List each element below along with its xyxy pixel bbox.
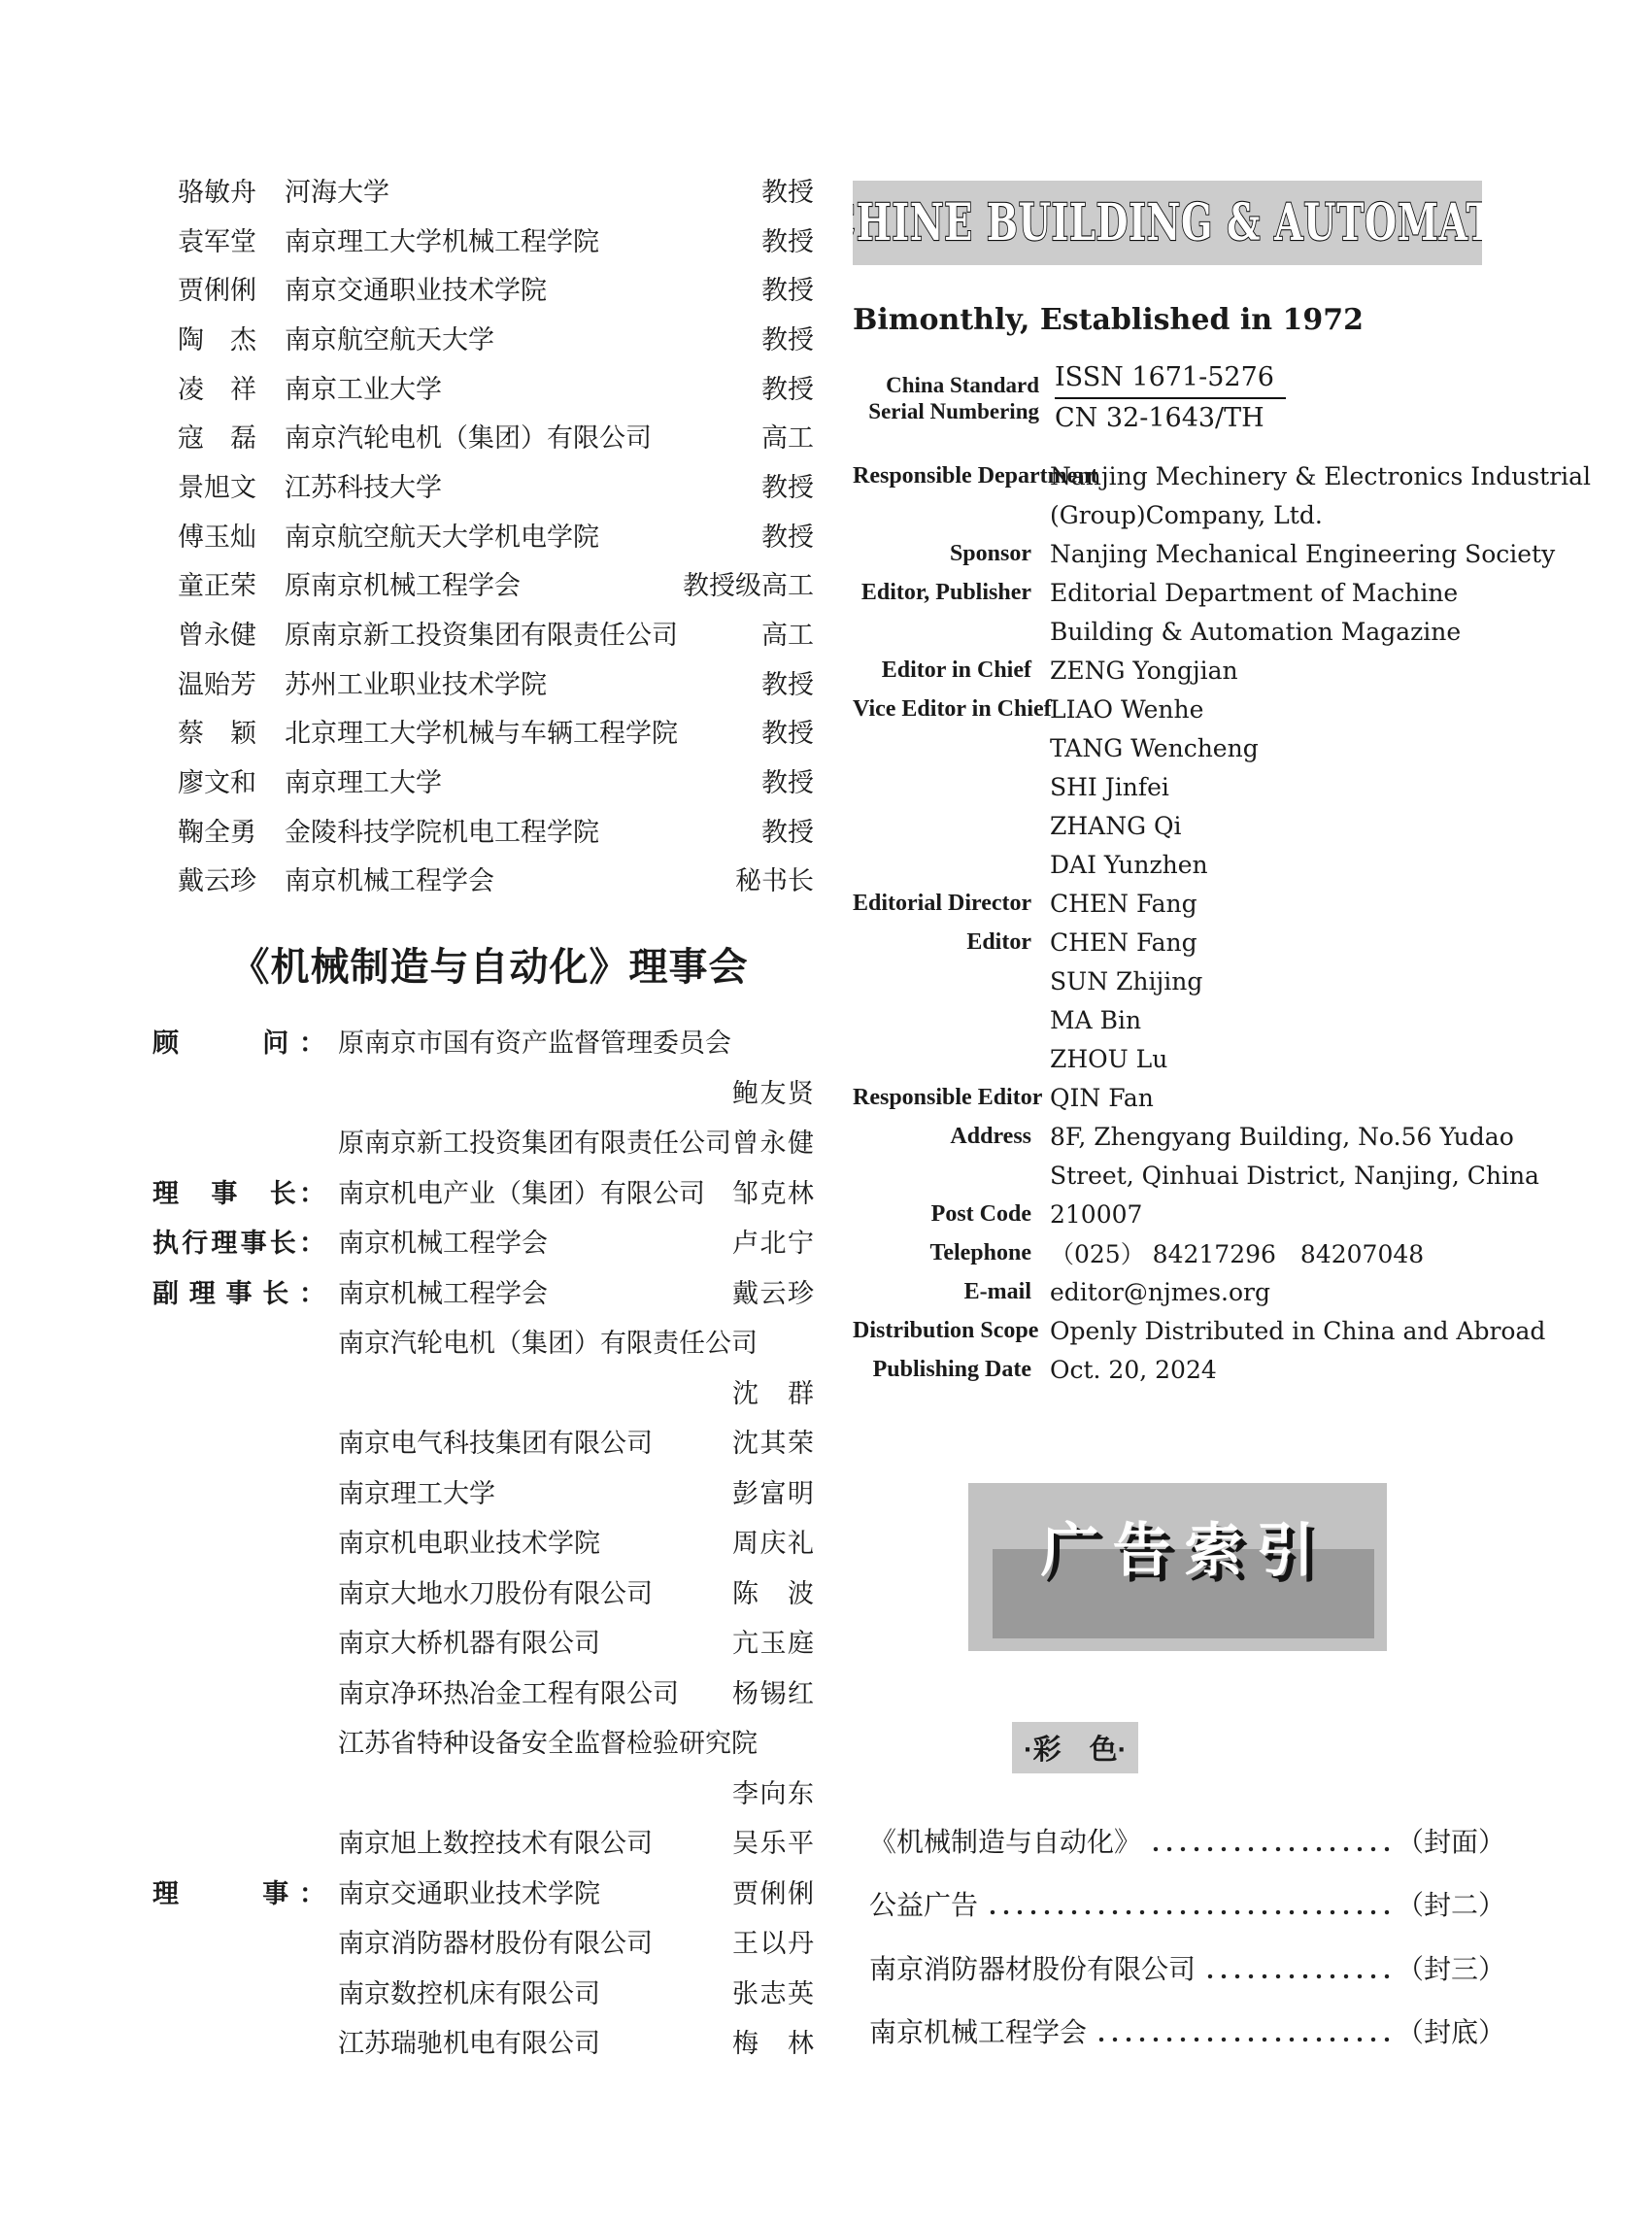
serial-label-line2: Serial Numbering <box>868 399 1039 423</box>
member-title: 教授级高工 <box>683 564 814 602</box>
info-label: Vice Editor in Chief <box>853 696 1031 723</box>
ad-index-item: 公益广告 （封二） <box>869 1872 1505 1937</box>
info-line: Editor in Chief ZENG Yongjian <box>853 651 1482 690</box>
info-line: MA Bin <box>853 1000 1482 1039</box>
council-row: 江苏省特种设备安全监督检验研究院 <box>152 1716 814 1767</box>
ad-item-title: 《机械制造与自动化》 <box>869 1821 1141 1860</box>
info-label: Telephone <box>853 1240 1031 1266</box>
council-row: 副理事长： 南京机械工程学会 戴云珍 <box>152 1266 814 1317</box>
journal-title-text: MACHINE BUILDING & AUTOMATION <box>853 193 1482 253</box>
council-row: 沈 群 <box>152 1366 814 1417</box>
magazine-masthead-page: 骆敏舟 河海大学 教授 袁军堂 南京理工大学机械工程学院 教授 贾俐俐 南京交通… <box>0 0 1652 2226</box>
info-value: CHEN Fang <box>1050 890 1197 918</box>
info-value: TANG Wencheng <box>1050 734 1259 762</box>
ad-index-item: 《机械制造与自动化》 （封面） <box>869 1808 1505 1872</box>
member-name: 温贻芳 <box>178 663 285 701</box>
council-row: 南京数控机床有限公司 张志英 <box>152 1967 814 2017</box>
council-row: 江苏瑞驰机电有限公司 梅 林 <box>152 2016 814 2067</box>
info-line: Street, Qinhuai District, Nanjing, China <box>853 1156 1482 1195</box>
council-org: 南京汽轮电机（集团）有限责任公司 <box>338 1322 758 1360</box>
info-value: LIAO Wenhe <box>1050 695 1203 724</box>
member-org: 南京航空航天大学机电学院 <box>285 516 761 554</box>
issn-value: ISSN 1671-5276 <box>1055 363 1286 399</box>
info-label: Editor in Chief <box>853 658 1031 684</box>
council-member-name: 王以丹 <box>732 1922 814 1960</box>
journal-subtitle: Bimonthly, Established in 1972 <box>853 303 1358 337</box>
council-role-label: 副理事长： <box>152 1272 325 1310</box>
council-member-name: 李向东 <box>732 1772 814 1810</box>
member-title: 教授 <box>761 368 814 406</box>
council-org: 南京大桥机器有限公司 <box>338 1622 732 1660</box>
info-value: （025） 84217296 84207048 <box>1050 1235 1424 1270</box>
board-member-row: 曾永健 原南京新工投资集团有限责任公司 高工 <box>178 608 814 658</box>
ad-index-item: 南京消防器材股份有限公司 （封三） <box>869 1936 1505 2000</box>
member-name: 贾俐俐 <box>178 269 285 307</box>
info-label: Editor, Publisher <box>853 580 1031 606</box>
info-line: ZHOU Lu <box>853 1039 1482 1078</box>
member-title: 教授 <box>761 712 814 750</box>
member-title: 教授 <box>761 811 814 849</box>
board-member-row: 景旭文 江苏科技大学 教授 <box>178 460 814 510</box>
council-member-name: 邹克林 <box>732 1172 814 1210</box>
council-role-label: 顾 问： <box>152 1022 325 1060</box>
council-org: 南京机电产业（集团）有限公司 <box>338 1172 732 1210</box>
info-line: Publishing Date Oct. 20, 2024 <box>853 1350 1482 1389</box>
council-org: 南京净环热冶金工程有限公司 <box>338 1672 732 1710</box>
member-name: 陶 杰 <box>178 319 285 356</box>
member-org: 南京航空航天大学 <box>285 319 761 356</box>
council-row: 李向东 <box>152 1767 814 1817</box>
color-section-badge: ·彩 色· <box>1012 1722 1138 1773</box>
info-line: Editorial Director CHEN Fang <box>853 884 1482 923</box>
member-name: 傅玉灿 <box>178 516 285 554</box>
ad-item-page: （封底） <box>1397 2011 1505 2050</box>
member-org: 原南京机械工程学会 <box>285 564 683 602</box>
info-value: QIN Fan <box>1050 1084 1154 1112</box>
board-member-row: 傅玉灿 南京航空航天大学机电学院 教授 <box>178 510 814 559</box>
member-org: 南京理工大学机械工程学院 <box>285 220 761 258</box>
council-member-name: 张志英 <box>732 1973 814 2010</box>
info-line: DAI Yunzhen <box>853 845 1482 884</box>
info-label: Distribution Scope <box>853 1318 1031 1344</box>
council-org: 南京机电职业技术学院 <box>338 1522 732 1560</box>
info-value: ZHOU Lu <box>1050 1045 1167 1073</box>
cn-value: CN 32-1643/TH <box>1055 399 1286 433</box>
info-label: Responsible Editor <box>853 1085 1031 1111</box>
member-title: 教授 <box>761 761 814 799</box>
council-row: 南京机电职业技术学院 周庆礼 <box>152 1516 814 1567</box>
member-title: 高工 <box>761 417 814 455</box>
member-title: 教授 <box>761 319 814 356</box>
council-org: 南京大地水刀股份有限公司 <box>338 1572 732 1610</box>
board-member-row: 鞠全勇 金陵科技学院机电工程学院 教授 <box>178 805 814 855</box>
info-value: MA Bin <box>1050 1006 1141 1034</box>
dot-leader <box>984 1909 1391 1915</box>
council-org: 原南京新工投资集团有限责任公司 <box>338 1122 732 1160</box>
journal-title-banner: MACHINE BUILDING & AUTOMATION <box>853 181 1482 265</box>
council-member-name: 沈 群 <box>732 1372 814 1410</box>
council-row: 理 事： 南京交通职业技术学院 贾俐俐 <box>152 1867 814 1917</box>
council-row: 南京理工大学 彭富明 <box>152 1467 814 1517</box>
ad-item-page: （封三） <box>1397 1948 1505 1987</box>
council-row: 原南京新工投资集团有限责任公司 曾永健 <box>152 1116 814 1166</box>
ad-index-item: 南京机械工程学会 （封底） <box>869 2000 1505 2064</box>
member-org: 南京理工大学 <box>285 761 761 799</box>
editorial-board-list: 骆敏舟 河海大学 教授 袁军堂 南京理工大学机械工程学院 教授 贾俐俐 南京交通… <box>178 165 814 903</box>
ad-index-box: 广告索引 <box>968 1483 1387 1651</box>
info-value: Openly Distributed in China and Abroad <box>1050 1317 1545 1345</box>
board-member-row: 凌 祥 南京工业大学 教授 <box>178 362 814 412</box>
board-member-row: 蔡 颖 北京理工大学机械与车辆工程学院 教授 <box>178 707 814 757</box>
info-value: Nanjing Mechanical Engineering Society <box>1050 540 1555 568</box>
council-member-name: 杨锡红 <box>732 1672 814 1710</box>
ad-item-title: 南京消防器材股份有限公司 <box>869 1948 1196 1987</box>
info-value: editor@njmes.org <box>1050 1278 1270 1306</box>
member-title: 教授 <box>761 663 814 701</box>
info-line: SUN Zhijing <box>853 961 1482 1000</box>
council-row: 理 事 长： 南京机电产业（集团）有限公司 邹克林 <box>152 1166 814 1217</box>
info-line: Building & Automation Magazine <box>853 612 1482 651</box>
council-row: 南京汽轮电机（集团）有限责任公司 <box>152 1316 814 1366</box>
council-member-name: 鲍友贤 <box>732 1072 814 1110</box>
council-member-name: 亢玉庭 <box>732 1622 814 1660</box>
council-org: 南京交通职业技术学院 <box>338 1872 732 1910</box>
ad-item-title: 南京机械工程学会 <box>869 2011 1087 2050</box>
council-row: 南京大地水刀股份有限公司 陈 波 <box>152 1567 814 1617</box>
council-role-label: 理 事： <box>152 1872 325 1910</box>
ad-item-page: （封面） <box>1397 1821 1505 1860</box>
council-org: 南京数控机床有限公司 <box>338 1973 732 2010</box>
info-line: (Group)Company, Ltd. <box>853 495 1482 534</box>
ad-item-title: 公益广告 <box>869 1884 978 1923</box>
member-title: 教授 <box>761 171 814 209</box>
member-name: 袁军堂 <box>178 220 285 258</box>
council-org: 南京旭上数控技术有限公司 <box>338 1822 732 1860</box>
info-label: Post Code <box>853 1201 1031 1228</box>
board-member-row: 廖文和 南京理工大学 教授 <box>178 756 814 805</box>
council-row: 鲍友贤 <box>152 1066 814 1117</box>
council-row: 顾 问： 原南京市国有资产监督管理委员会 <box>152 1016 814 1066</box>
info-value: 8F, Zhengyang Building, No.56 Yudao <box>1050 1123 1514 1151</box>
info-label: E-mail <box>853 1279 1031 1305</box>
info-line: Address 8F, Zhengyang Building, No.56 Yu… <box>853 1117 1482 1156</box>
dot-leader <box>1201 1973 1391 1979</box>
council-list: 顾 问： 原南京市国有资产监督管理委员会 鲍友贤 原南京新工投资集团有限责任公司… <box>152 1016 814 2067</box>
info-line: E-mail editor@njmes.org <box>853 1272 1482 1311</box>
info-value: Nanjing Mechinery & Electronics Industri… <box>1050 462 1591 490</box>
council-role-label: 理 事 长： <box>152 1172 325 1210</box>
board-member-row: 陶 杰 南京航空航天大学 教授 <box>178 313 814 362</box>
member-name: 廖文和 <box>178 761 285 799</box>
info-line: Editor, Publisher Editorial Department o… <box>853 573 1482 612</box>
member-org: 江苏科技大学 <box>285 466 761 504</box>
info-label: Editorial Director <box>853 891 1031 917</box>
member-title: 教授 <box>761 516 814 554</box>
member-name: 戴云珍 <box>178 860 285 897</box>
council-member-name: 彭富明 <box>732 1472 814 1510</box>
member-org: 南京工业大学 <box>285 368 761 406</box>
info-value: (Group)Company, Ltd. <box>1050 501 1323 529</box>
council-row: 南京电气科技集团有限公司 沈其荣 <box>152 1416 814 1467</box>
council-member-name: 曾永健 <box>732 1122 814 1160</box>
member-name: 蔡 颖 <box>178 712 285 750</box>
council-member-name: 梅 林 <box>732 2022 814 2060</box>
info-label: Editor <box>853 929 1031 956</box>
board-member-row: 骆敏舟 河海大学 教授 <box>178 165 814 215</box>
info-value: CHEN Fang <box>1050 928 1197 957</box>
member-name: 骆敏舟 <box>178 171 285 209</box>
info-value: DAI Yunzhen <box>1050 851 1208 879</box>
member-org: 苏州工业职业技术学院 <box>285 663 761 701</box>
council-member-name: 卢北宁 <box>732 1222 814 1260</box>
council-row: 南京净环热冶金工程有限公司 杨锡红 <box>152 1667 814 1717</box>
member-name: 童正荣 <box>178 564 285 602</box>
info-line: Responsible Editor QIN Fan <box>853 1078 1482 1117</box>
board-member-row: 温贻芳 苏州工业职业技术学院 教授 <box>178 658 814 707</box>
council-member-name: 周庆礼 <box>732 1522 814 1560</box>
info-value: 210007 <box>1050 1200 1142 1229</box>
info-value: Editorial Department of Machine <box>1050 579 1458 607</box>
board-member-row: 童正荣 原南京机械工程学会 教授级高工 <box>178 559 814 609</box>
ad-index-title: 广告索引 <box>968 1504 1387 1588</box>
info-label: Sponsor <box>853 541 1031 567</box>
info-value: Oct. 20, 2024 <box>1050 1356 1217 1384</box>
info-value: ZENG Yongjian <box>1050 657 1238 685</box>
info-line: Post Code 210007 <box>853 1195 1482 1233</box>
board-member-row: 戴云珍 南京机械工程学会 秘书长 <box>178 855 814 904</box>
info-line: SHI Jinfei <box>853 767 1482 806</box>
member-org: 南京交通职业技术学院 <box>285 269 761 307</box>
info-line: Sponsor Nanjing Mechanical Engineering S… <box>853 534 1482 573</box>
info-line: Editor CHEN Fang <box>853 923 1482 961</box>
member-name: 鞠全勇 <box>178 811 285 849</box>
info-line: Vice Editor in Chief LIAO Wenhe <box>853 690 1482 728</box>
member-org: 南京机械工程学会 <box>285 860 735 897</box>
council-org: 南京电气科技集团有限公司 <box>338 1422 732 1460</box>
member-name: 凌 祥 <box>178 368 285 406</box>
member-title: 教授 <box>761 220 814 258</box>
council-org: 南京机械工程学会 <box>338 1272 732 1310</box>
council-org: 江苏省特种设备安全监督检验研究院 <box>338 1722 758 1760</box>
member-title: 高工 <box>761 614 814 652</box>
info-value: SUN Zhijing <box>1050 967 1202 995</box>
member-title: 教授 <box>761 466 814 504</box>
member-org: 北京理工大学机械与车辆工程学院 <box>285 712 761 750</box>
info-line: Responsible Department Nanjing Mechinery… <box>853 456 1482 495</box>
info-line: Distribution Scope Openly Distributed in… <box>853 1311 1482 1350</box>
info-value: Building & Automation Magazine <box>1050 618 1461 646</box>
council-row: 南京消防器材股份有限公司 王以丹 <box>152 1916 814 1967</box>
serial-label: China Standard Serial Numbering <box>853 372 1039 424</box>
council-member-name: 沈其荣 <box>732 1422 814 1460</box>
council-org: 南京消防器材股份有限公司 <box>338 1922 732 1960</box>
member-name: 寇 磊 <box>178 417 285 455</box>
journal-info-list: Responsible Department Nanjing Mechinery… <box>853 456 1482 1389</box>
council-org: 南京机械工程学会 <box>338 1222 732 1260</box>
council-row: 南京旭上数控技术有限公司 吴乐平 <box>152 1816 814 1867</box>
council-org: 原南京市国有资产监督管理委员会 <box>338 1022 732 1060</box>
council-org: 江苏瑞驰机电有限公司 <box>338 2022 732 2060</box>
council-role-label: 执行理事长： <box>152 1222 325 1260</box>
info-label: Responsible Department <box>853 463 1031 489</box>
serial-values: ISSN 1671-5276 CN 32-1643/TH <box>1055 363 1286 433</box>
member-name: 景旭文 <box>178 466 285 504</box>
council-row: 南京大桥机器有限公司 亢玉庭 <box>152 1616 814 1667</box>
council-row: 执行理事长： 南京机械工程学会 卢北宁 <box>152 1216 814 1266</box>
council-title: 《机械制造与自动化》理事会 <box>165 932 814 995</box>
info-label: Address <box>853 1124 1031 1150</box>
council-member-name: 陈 波 <box>732 1572 814 1610</box>
ad-item-page: （封二） <box>1397 1884 1505 1923</box>
board-member-row: 寇 磊 南京汽轮电机（集团）有限公司 高工 <box>178 411 814 460</box>
ad-index-list: 《机械制造与自动化》 （封面） 公益广告 （封二） 南京消防器材股份有限公司 （… <box>869 1808 1505 2063</box>
info-value: SHI Jinfei <box>1050 773 1169 801</box>
member-title: 秘书长 <box>735 860 814 897</box>
dot-leader <box>1147 1846 1391 1852</box>
member-title: 教授 <box>761 269 814 307</box>
council-member-name: 戴云珍 <box>732 1272 814 1310</box>
serial-numbering-block: China Standard Serial Numbering ISSN 167… <box>853 363 1482 433</box>
info-value: ZHANG Qi <box>1050 812 1182 840</box>
board-member-row: 贾俐俐 南京交通职业技术学院 教授 <box>178 263 814 313</box>
info-line: TANG Wencheng <box>853 728 1482 767</box>
info-label: Publishing Date <box>853 1357 1031 1383</box>
serial-label-line1: China Standard <box>886 373 1039 397</box>
member-name: 曾永健 <box>178 614 285 652</box>
council-member-name: 吴乐平 <box>732 1822 814 1860</box>
member-org: 原南京新工投资集团有限责任公司 <box>285 614 761 652</box>
member-org: 河海大学 <box>285 171 761 209</box>
member-org: 南京汽轮电机（集团）有限公司 <box>285 417 761 455</box>
member-org: 金陵科技学院机电工程学院 <box>285 811 761 849</box>
dot-leader <box>1093 2037 1391 2042</box>
info-value: Street, Qinhuai District, Nanjing, China <box>1050 1162 1539 1190</box>
board-member-row: 袁军堂 南京理工大学机械工程学院 教授 <box>178 215 814 264</box>
council-member-name: 贾俐俐 <box>732 1872 814 1910</box>
council-org: 南京理工大学 <box>338 1472 732 1510</box>
info-line: ZHANG Qi <box>853 806 1482 845</box>
info-line: Telephone （025） 84217296 84207048 <box>853 1233 1482 1272</box>
